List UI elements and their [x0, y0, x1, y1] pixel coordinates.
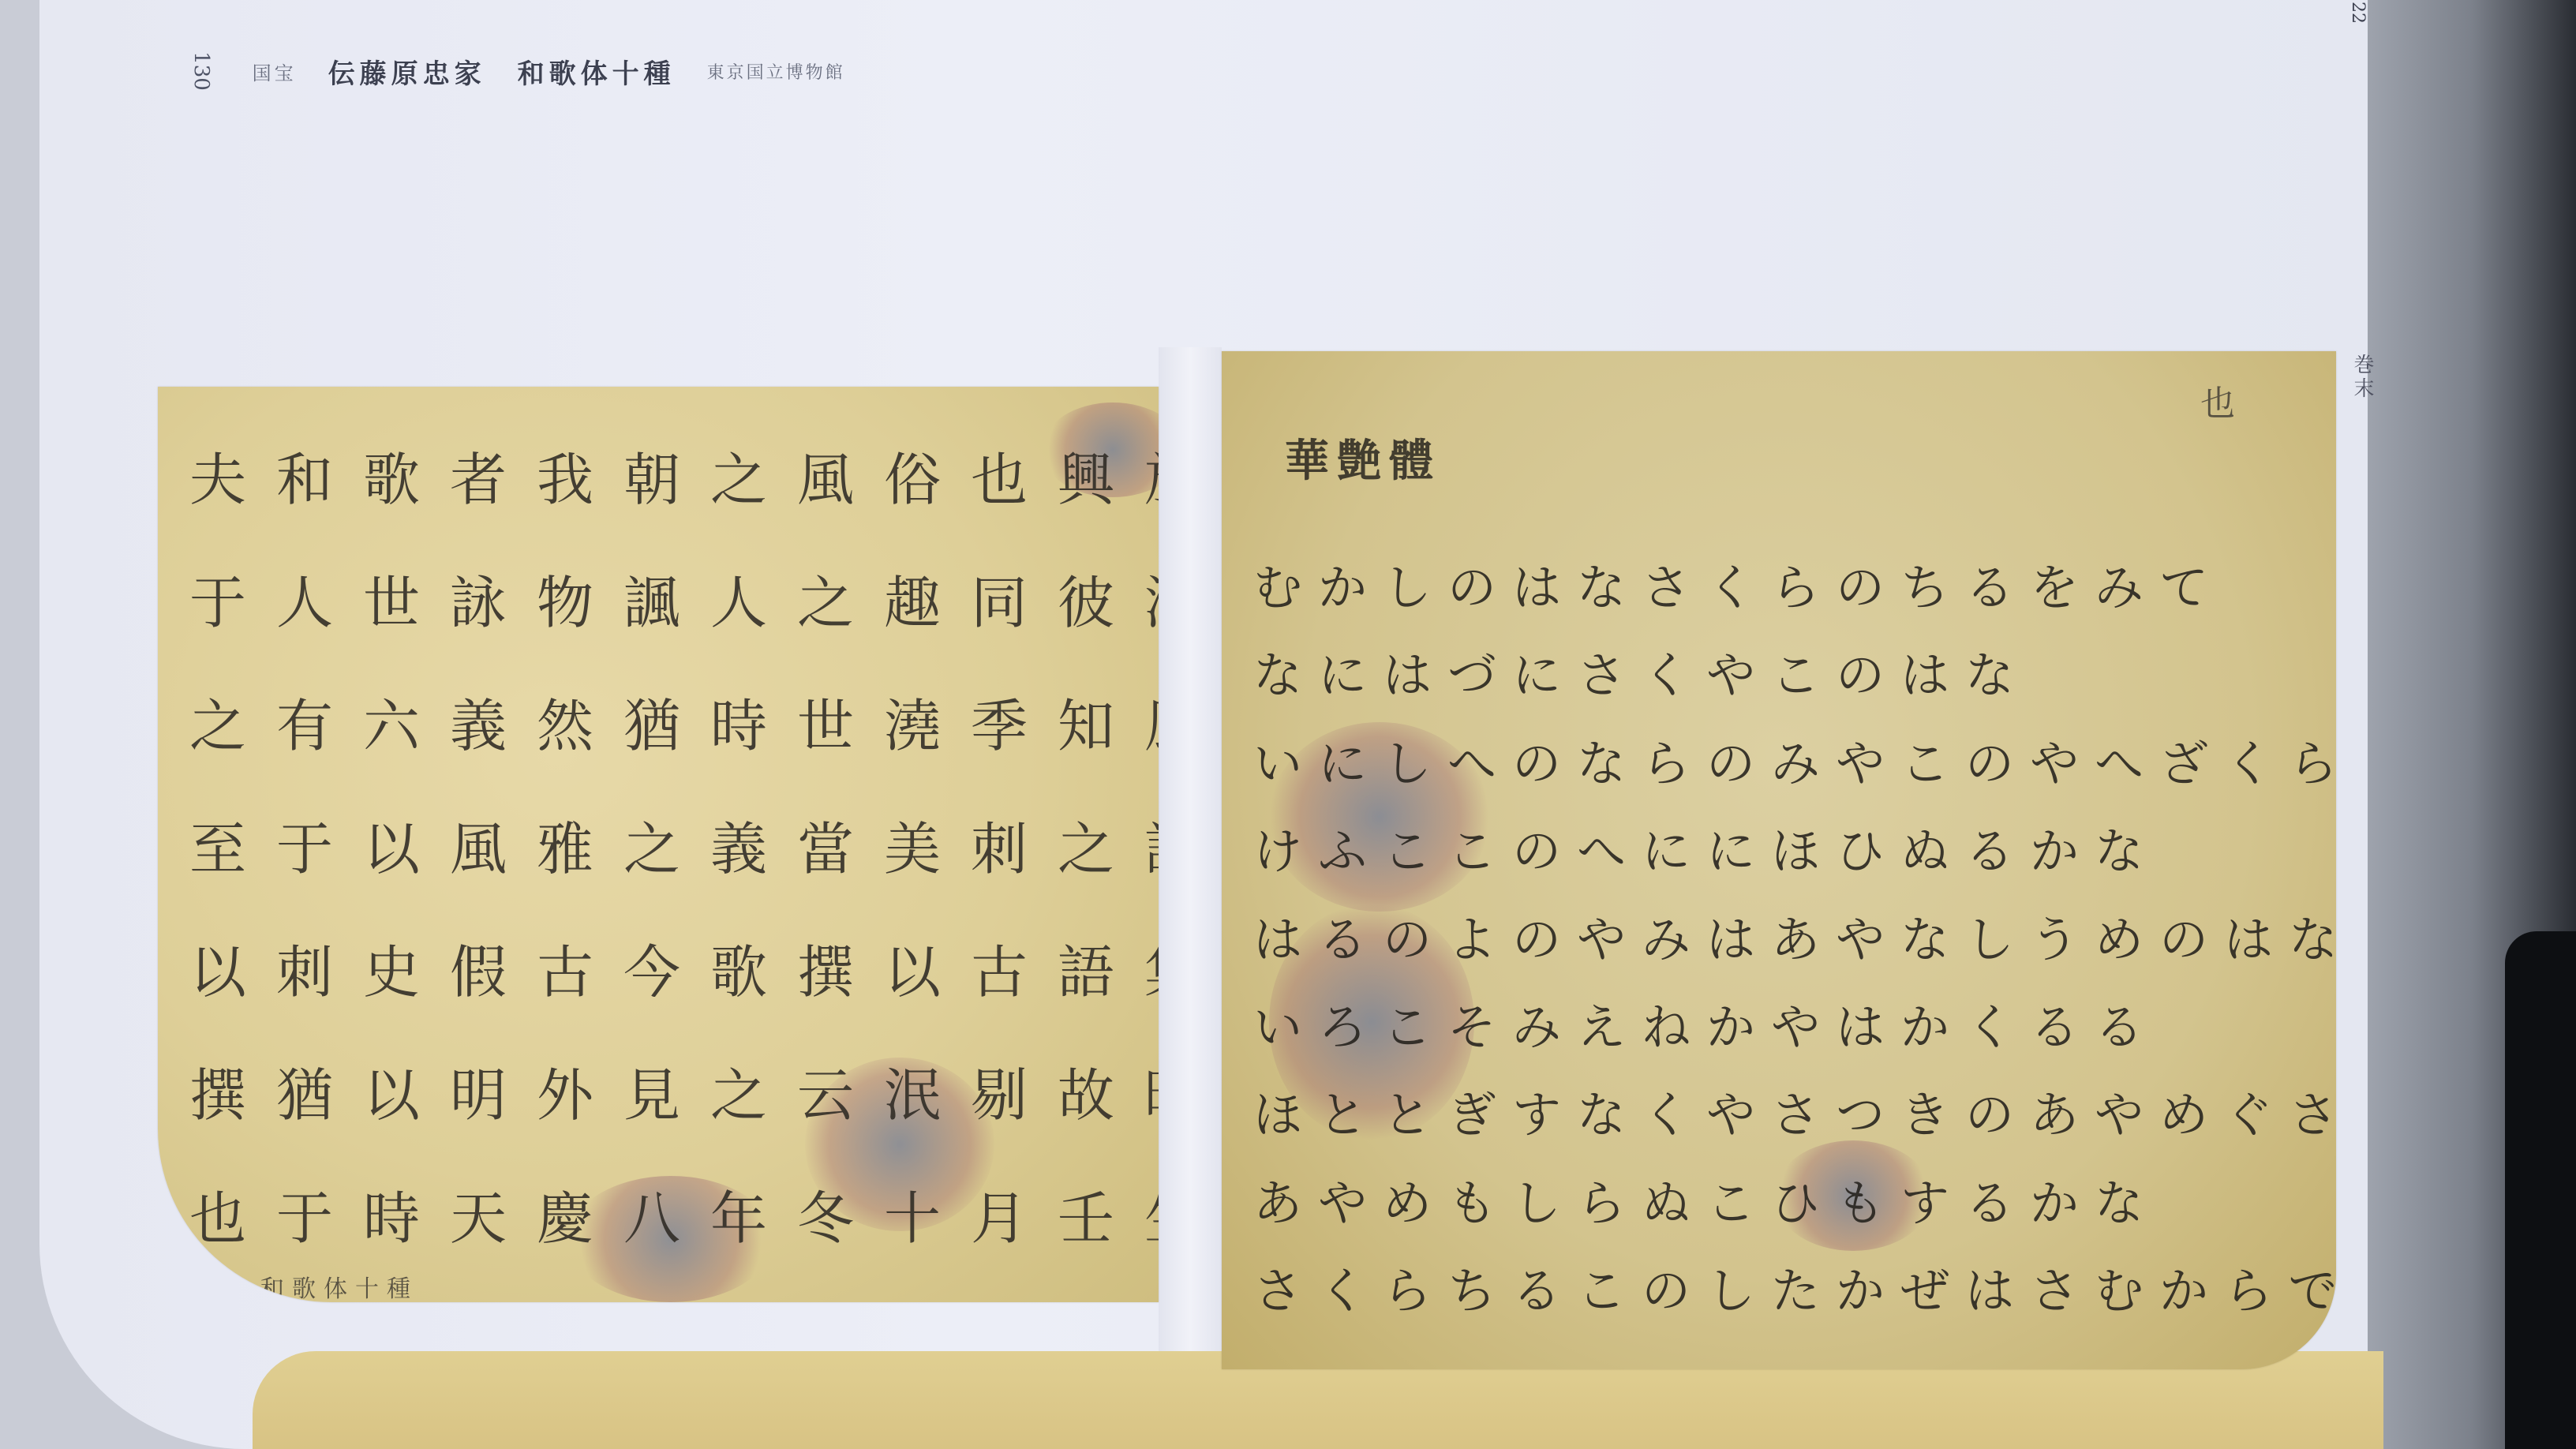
- text-columns: 夫和歌者我朝之風俗也興於神代盛 于人世詠物諷人之趣同彼漢家詩章 之有六義然猶時世…: [189, 434, 1127, 1255]
- text-column: 至于以風雅之義當美刺之詞先師上: [189, 803, 1127, 885]
- owner-label: 東京国立博物館: [707, 59, 845, 84]
- text-column: ほととぎすなくやさつきのあやめぐさ: [1253, 1076, 2305, 1146]
- text-column: 也于時天慶八年冬十月壬生忠岑謹撰: [189, 1173, 1127, 1255]
- scroll-end-label: 巻末: [2348, 354, 2377, 401]
- text-column: 撰猶以明外見之云泯剔故時習之易詠: [189, 1050, 1127, 1132]
- calligraphy-panel-end: 也 華艶體 むかしのはなさくらのちるをみて なにはづにさくやこのはな いにしへの…: [1222, 351, 2336, 1369]
- designation-label: 国宝: [253, 58, 297, 85]
- work-title: 和歌体十種: [518, 52, 676, 91]
- panel-bottom-label: 和歌体十種: [260, 1269, 418, 1302]
- figure-number: 130: [189, 51, 213, 91]
- attribution-text: 伝藤原忠家: [328, 52, 486, 91]
- text-column: なにはづにさくやこのはな: [1253, 636, 2305, 706]
- page-number: 22: [2348, 2, 2368, 24]
- text-column: いにしへのならのみやこのやへざくら: [1253, 724, 2305, 795]
- text-column: 夫和歌者我朝之風俗也興於神代盛: [189, 434, 1127, 516]
- text-column: けふここのへににほひぬるかな: [1253, 812, 2305, 882]
- text-columns: むかしのはなさくらのちるをみて なにはづにさくやこのはな いにしへのならのみやこ…: [1253, 549, 2305, 1322]
- closing-character: 也: [2200, 375, 2243, 425]
- text-column: むかしのはなさくらのちるをみて: [1253, 549, 2305, 619]
- text-column: 于人世詠物諷人之趣同彼漢家詩章: [189, 557, 1127, 639]
- text-column: さくらちるこのしたかぜはさむからで: [1253, 1252, 2305, 1322]
- text-column: あやめもしらぬこひもするかな: [1253, 1164, 2305, 1234]
- text-column: 以刺史假古今歌撰以古語集全今之所: [189, 927, 1127, 1009]
- text-column: 之有六義然猶時世澆季知風體有少: [189, 680, 1127, 762]
- figure-caption: 130 国宝 伝藤原忠家 和歌体十種 東京国立博物館: [182, 47, 845, 95]
- text-column: いろこそみえねかやはかくるる: [1253, 988, 2305, 1058]
- headline-characters: 華艶體: [1285, 426, 1441, 489]
- calligraphy-panel-start: 夫和歌者我朝之風俗也興於神代盛 于人世詠物諷人之趣同彼漢家詩章 之有六義然猶時世…: [158, 387, 1159, 1302]
- text-column: はるのよのやみはあやなしうめのはな: [1253, 900, 2305, 971]
- background-dark-area: [2505, 931, 2576, 1449]
- page-gutter: [1159, 347, 1222, 1449]
